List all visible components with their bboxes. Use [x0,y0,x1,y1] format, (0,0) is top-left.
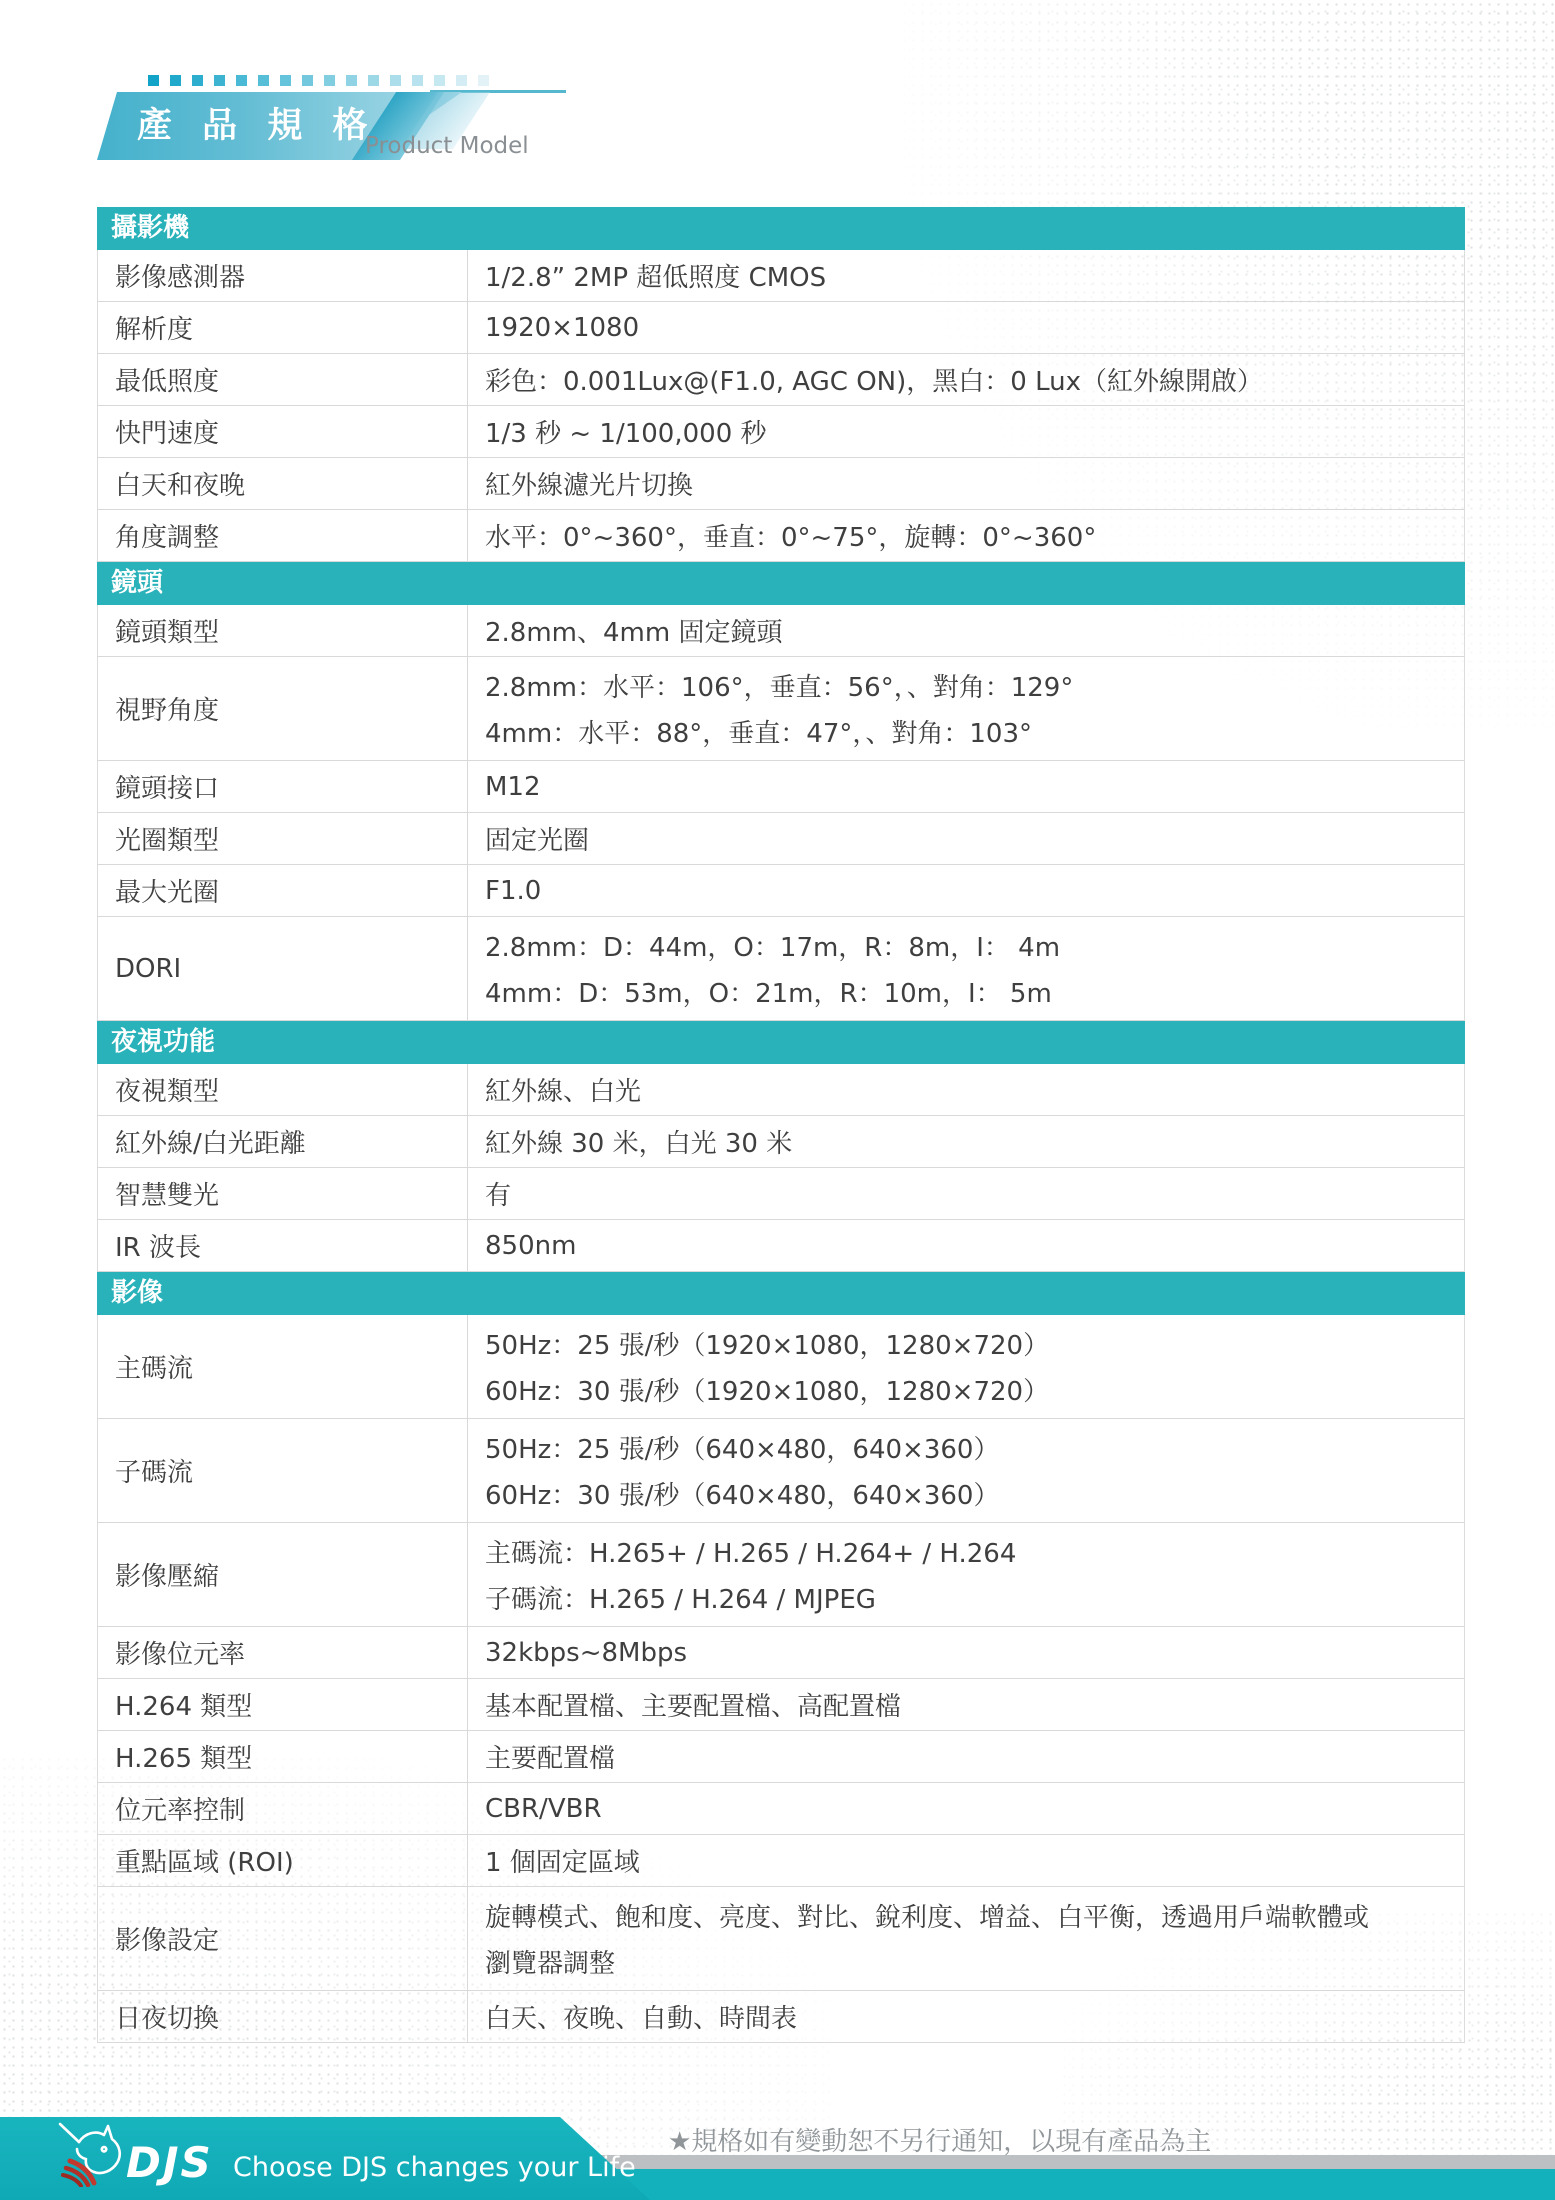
spec-value: 1 個固定區域 [468,1835,1464,1886]
table-row: 光圈類型固定光圈 [97,813,1465,865]
spec-value: 紅外線 30 米，白光 30 米 [468,1116,1464,1167]
spec-value: 固定光圈 [468,813,1464,864]
spec-label: 影像感測器 [98,250,468,301]
spec-label: 快門速度 [98,406,468,457]
spec-value: 1/3 秒 ~ 1/100,000 秒 [468,406,1464,457]
square-decoration [390,75,401,86]
page-title: 產 品 規 格 [137,92,377,160]
spec-value-line: 紅外線、白光 [485,1071,1454,1108]
page-subtitle: Product Model [365,133,529,159]
spec-value: 2.8mm：水平：106°，垂直：56°，、對角：129°4mm：水平：88°，… [468,657,1464,760]
footer-slogan: Choose DJS changes your Life [233,2152,636,2183]
table-row: 主碼流50Hz：25 張/秒（1920×1080，1280×720）60Hz：3… [97,1315,1465,1419]
spec-value: 50Hz：25 張/秒（1920×1080，1280×720）60Hz：30 張… [468,1315,1464,1418]
spec-value-line: 主碼流：H.265+ / H.265 / H.264+ / H.264 [485,1533,1454,1570]
spec-value-line: 60Hz：30 張/秒（640×480，640×360） [485,1475,1454,1512]
spec-value-line: 4mm：D：53m，O：21m，R：10m，I： 5m [485,973,1454,1010]
spec-value: 主碼流：H.265+ / H.265 / H.264+ / H.264子碼流：H… [468,1523,1464,1626]
spec-value-line: 紅外線 30 米，白光 30 米 [485,1123,1454,1160]
spec-value-line: 850nm [485,1231,1454,1261]
square-decoration [324,75,335,86]
spec-label: 智慧雙光 [98,1168,468,1219]
spec-value: M12 [468,761,1464,812]
spec-value-line: 彩色：0.001Lux@(F1.0, AGC ON)，黑白：0 Lux（紅外線開… [485,361,1454,398]
spec-label: 影像位元率 [98,1627,468,1678]
spec-value-line: 紅外線濾光片切換 [485,465,1454,502]
spec-value: 彩色：0.001Lux@(F1.0, AGC ON)，黑白：0 Lux（紅外線開… [468,354,1464,405]
spec-value-line: CBR/VBR [485,1794,1454,1824]
spec-label: 白天和夜晚 [98,458,468,509]
spec-value: 水平：0°~360°，垂直：0°~75°，旋轉：0°~360° [468,510,1464,561]
spec-value: 1/2.8” 2MP 超低照度 CMOS [468,250,1464,301]
spec-label: 子碼流 [98,1419,468,1522]
table-row: 鏡頭類型2.8mm、4mm 固定鏡頭 [97,605,1465,657]
table-row: 日夜切換白天、夜晚、自動、時間表 [97,1991,1465,2043]
square-decoration [456,75,467,86]
section-header: 影像 [97,1272,1465,1315]
spec-label: 位元率控制 [98,1783,468,1834]
spec-value-line: 有 [485,1175,1454,1212]
spec-label: 最大光圈 [98,865,468,916]
spec-value-line: 1/3 秒 ~ 1/100,000 秒 [485,413,1454,450]
spec-label: H.265 類型 [98,1731,468,1782]
spec-value-line: 旋轉模式、飽和度、亮度、對比、銳利度、增益、白平衡，透過用戶端軟體或 [485,1897,1454,1934]
spec-table: 攝影機影像感測器1/2.8” 2MP 超低照度 CMOS解析度1920×1080… [97,207,1465,2043]
spec-value: 紅外線、白光 [468,1064,1464,1115]
table-row: H.265 類型主要配置檔 [97,1731,1465,1783]
table-row: 夜視類型紅外線、白光 [97,1064,1465,1116]
square-decoration [148,75,159,86]
spec-value-line: 水平：0°~360°，垂直：0°~75°，旋轉：0°~360° [485,517,1454,554]
spec-value: 2.8mm、4mm 固定鏡頭 [468,605,1464,656]
spec-label: 影像壓縮 [98,1523,468,1626]
spec-value: 1920×1080 [468,302,1464,353]
table-row: 角度調整水平：0°~360°，垂直：0°~75°，旋轉：0°~360° [97,510,1465,562]
djs-logo-wordmark: DJS [126,2138,213,2187]
table-row: 影像設定旋轉模式、飽和度、亮度、對比、銳利度、增益、白平衡，透過用戶端軟體或瀏覽… [97,1887,1465,1991]
spec-value-line: 主要配置檔 [485,1738,1454,1775]
square-decoration [346,75,357,86]
spec-label: IR 波長 [98,1220,468,1271]
square-decoration [412,75,423,86]
table-row: 影像感測器1/2.8” 2MP 超低照度 CMOS [97,250,1465,302]
spec-value: 2.8mm：D：44m，O：17m，R：8m，I： 4m4mm：D：53m，O：… [468,917,1464,1020]
table-row: 影像位元率32kbps~8Mbps [97,1627,1465,1679]
square-decoration [192,75,203,86]
spec-label: 鏡頭類型 [98,605,468,656]
table-row: 快門速度1/3 秒 ~ 1/100,000 秒 [97,406,1465,458]
squares-decoration [148,75,489,86]
spec-value-line: 1920×1080 [485,313,1454,343]
spec-value-line: 白天、夜晚、自動、時間表 [485,1998,1454,2035]
spec-value-line: F1.0 [485,876,1454,906]
footer-disclaimer: ★規格如有變動恕不另行通知，以現有產品為主 [668,2121,1211,2158]
table-row: 紅外線/白光距離紅外線 30 米，白光 30 米 [97,1116,1465,1168]
spec-value-line: 固定光圈 [485,820,1454,857]
spec-label: 角度調整 [98,510,468,561]
table-row: DORI2.8mm：D：44m，O：17m，R：8m，I： 4m4mm：D：53… [97,917,1465,1021]
spec-label: 日夜切換 [98,1991,468,2042]
square-decoration [258,75,269,86]
section-header: 夜視功能 [97,1021,1465,1064]
spec-value: 850nm [468,1220,1464,1271]
square-decoration [434,75,445,86]
square-decoration [478,75,489,86]
spec-value: 紅外線濾光片切換 [468,458,1464,509]
table-row: 白天和夜晚紅外線濾光片切換 [97,458,1465,510]
spec-label: 解析度 [98,302,468,353]
spec-value-line: 瀏覽器調整 [485,1943,1454,1980]
spec-value-line: 1/2.8” 2MP 超低照度 CMOS [485,257,1454,294]
square-decoration [302,75,313,86]
spec-value: 有 [468,1168,1464,1219]
table-row: IR 波長850nm [97,1220,1465,1272]
table-row: 子碼流50Hz：25 張/秒（640×480，640×360）60Hz：30 張… [97,1419,1465,1523]
table-row: 位元率控制CBR/VBR [97,1783,1465,1835]
spec-label: 夜視類型 [98,1064,468,1115]
spec-label: 紅外線/白光距離 [98,1116,468,1167]
spec-label: 鏡頭接口 [98,761,468,812]
spec-value: 主要配置檔 [468,1731,1464,1782]
spec-value-line: 2.8mm：水平：106°，垂直：56°，、對角：129° [485,667,1454,704]
spec-label: DORI [98,917,468,1020]
spec-value-line: 1 個固定區域 [485,1842,1454,1879]
table-row: 影像壓縮主碼流：H.265+ / H.265 / H.264+ / H.264子… [97,1523,1465,1627]
spec-value: 基本配置檔、主要配置檔、高配置檔 [468,1679,1464,1730]
spec-value-line: 基本配置檔、主要配置檔、高配置檔 [485,1686,1454,1723]
spec-value-line: 32kbps~8Mbps [485,1638,1454,1668]
spec-value-line: 子碼流：H.265 / H.264 / MJPEG [485,1579,1454,1616]
spec-label: 光圈類型 [98,813,468,864]
spec-value-line: 50Hz：25 張/秒（640×480，640×360） [485,1429,1454,1466]
spec-value-line: 50Hz：25 張/秒（1920×1080，1280×720） [485,1325,1454,1362]
spec-value: 32kbps~8Mbps [468,1627,1464,1678]
table-row: H.264 類型基本配置檔、主要配置檔、高配置檔 [97,1679,1465,1731]
square-decoration [368,75,379,86]
table-row: 鏡頭接口M12 [97,761,1465,813]
table-row: 最大光圈F1.0 [97,865,1465,917]
spec-value-line: 4mm：水平：88°，垂直：47°，、對角：103° [485,713,1454,750]
spec-label: H.264 類型 [98,1679,468,1730]
table-row: 重點區域 (ROI)1 個固定區域 [97,1835,1465,1887]
spec-value: 旋轉模式、飽和度、亮度、對比、銳利度、增益、白平衡，透過用戶端軟體或瀏覽器調整 [468,1887,1464,1990]
table-row: 最低照度彩色：0.001Lux@(F1.0, AGC ON)，黑白：0 Lux（… [97,354,1465,406]
spec-value: 50Hz：25 張/秒（640×480，640×360）60Hz：30 張/秒（… [468,1419,1464,1522]
table-row: 視野角度2.8mm：水平：106°，垂直：56°，、對角：129°4mm：水平：… [97,657,1465,761]
spec-label: 重點區域 (ROI) [98,1835,468,1886]
spec-label: 主碼流 [98,1315,468,1418]
section-header: 鏡頭 [97,562,1465,605]
spec-value-line: 60Hz：30 張/秒（1920×1080，1280×720） [485,1371,1454,1408]
square-decoration [236,75,247,86]
spec-label: 影像設定 [98,1887,468,1990]
unicorn-logo-icon [52,2121,126,2187]
spec-label: 最低照度 [98,354,468,405]
square-decoration [170,75,181,86]
spec-label: 視野角度 [98,657,468,760]
square-decoration [280,75,291,86]
spec-value-line: M12 [485,772,1454,802]
spec-value: CBR/VBR [468,1783,1464,1834]
square-decoration [214,75,225,86]
spec-value-line: 2.8mm、4mm 固定鏡頭 [485,612,1454,649]
spec-value-line: 2.8mm：D：44m，O：17m，R：8m，I： 4m [485,927,1454,964]
table-row: 解析度1920×1080 [97,302,1465,354]
table-row: 智慧雙光有 [97,1168,1465,1220]
spec-value: 白天、夜晚、自動、時間表 [468,1991,1464,2042]
section-header: 攝影機 [97,207,1465,250]
spec-value: F1.0 [468,865,1464,916]
